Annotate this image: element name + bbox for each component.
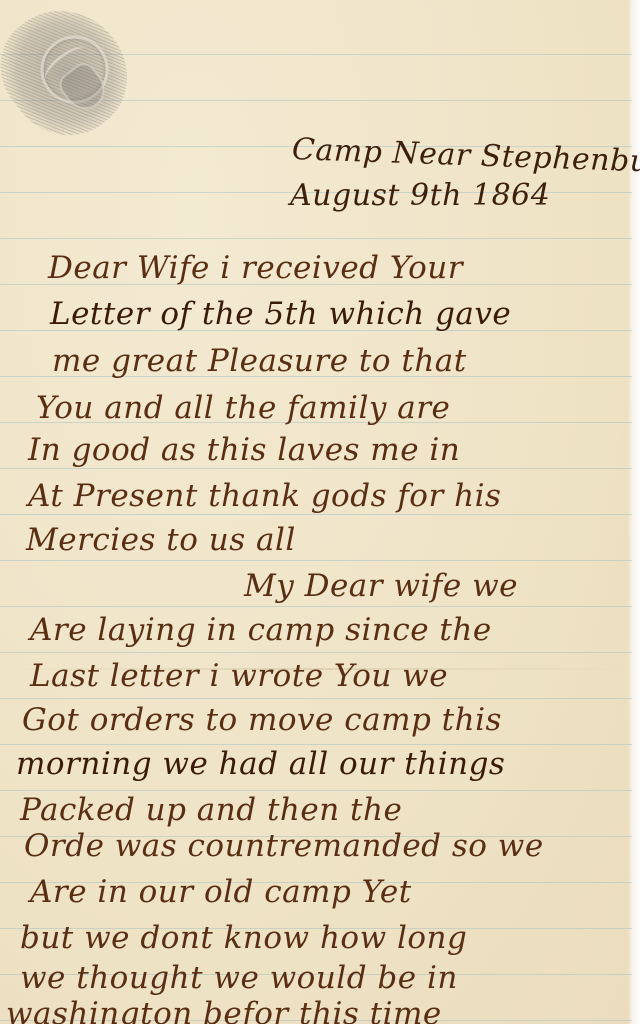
body-line: but we dont know how long — [20, 920, 467, 956]
body-line: we thought we would be in — [20, 960, 458, 996]
body-line: Packed up and then the — [20, 792, 402, 828]
body-line: In good as this laves me in — [28, 432, 460, 468]
body-line: Dear Wife i received Your — [48, 250, 463, 286]
body-line: Letter of the 5th which gave — [50, 296, 511, 332]
body-line: Are in our old camp Yet — [30, 874, 412, 910]
body-line: My Dear wife we — [244, 568, 518, 604]
body-line: You and all the family are — [36, 390, 450, 426]
body-line: Orde was countremanded so we — [24, 828, 544, 864]
body-line: washington befor this time — [6, 996, 442, 1024]
body-line: Are laying in camp since the — [30, 612, 492, 648]
body-line: morning we had all our things — [16, 746, 505, 782]
body-line: Last letter i wrote You we — [30, 658, 448, 694]
body-line: Mercies to us all — [26, 522, 296, 558]
letter-page: Camp Near Stephenburg August 9th 1864 De… — [0, 0, 640, 1024]
letter-date: August 9th 1864 — [290, 178, 550, 213]
body-line: me great Pleasure to that — [52, 343, 467, 379]
body-line: Got orders to move camp this — [22, 702, 502, 738]
body-line: At Present thank gods for his — [28, 478, 501, 514]
